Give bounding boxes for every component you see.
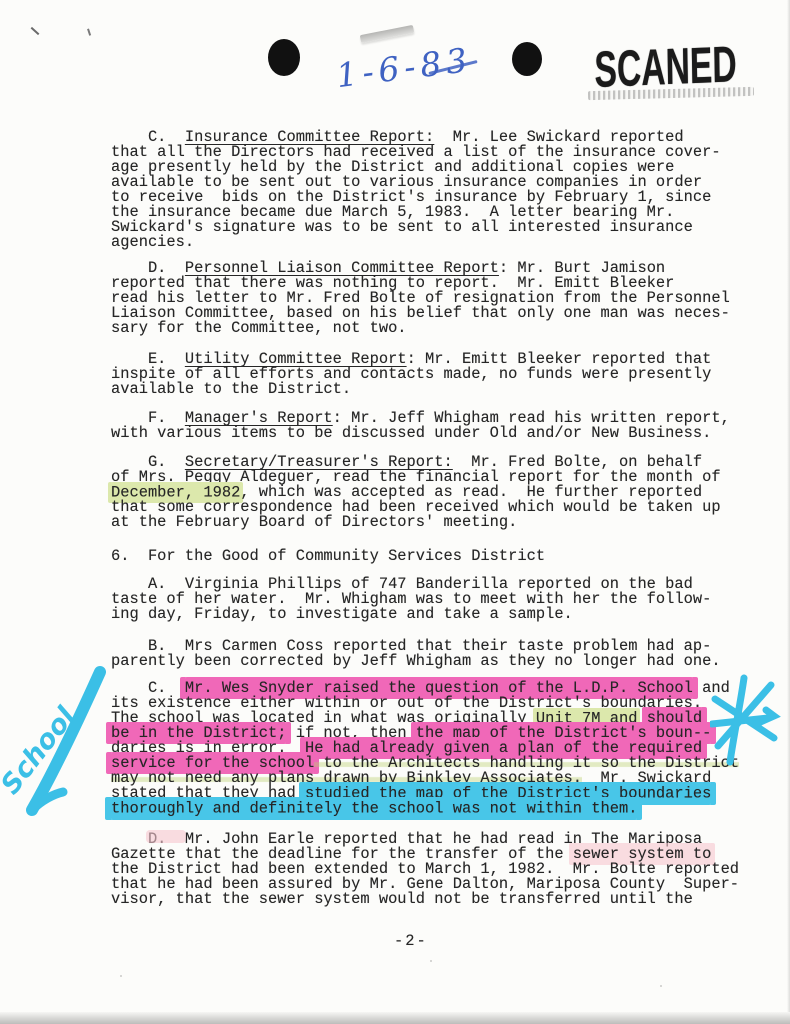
asterisk-annotation	[710, 672, 790, 772]
scan-speck	[120, 975, 122, 977]
text-line: at the February Board of Directors' meet…	[111, 515, 771, 530]
paragraph: F. Manager's Report: Mr. Jeff Whigham re…	[111, 411, 771, 441]
paragraph: D. Mr. John Earle reported that he had r…	[111, 832, 771, 907]
paragraph: B. Mrs Carmen Coss reported that their t…	[111, 639, 771, 669]
text-line: available to the District.	[111, 382, 771, 397]
text-line: ing day, Friday, to investigate and take…	[111, 607, 771, 622]
hole-punch-right	[512, 42, 542, 76]
paragraph: C. Insurance Committee Report: Mr. Lee S…	[111, 130, 771, 250]
paragraph: A. Virginia Phillips of 747 Banderilla r…	[111, 577, 771, 622]
text-line: parently been corrected by Jeff Whigham …	[111, 654, 771, 669]
text-line: sary for the Committee, not two.	[111, 321, 771, 336]
page-number: -2-	[394, 932, 428, 950]
pen-scribble	[31, 27, 40, 35]
staple-mark	[360, 25, 415, 43]
scanned-page: 1-6-83 SCANED C. Insurance Committee Rep…	[0, 0, 790, 1024]
highlight-smudge	[146, 830, 186, 843]
text-line: visor, that the sewer system would not b…	[111, 892, 771, 907]
paragraph: 6. For the Good of Community Services Di…	[111, 549, 771, 564]
text-line: 6. For the Good of Community Services Di…	[111, 549, 771, 564]
text-line: agencies.	[111, 235, 771, 250]
margin-note-school: School	[0, 664, 132, 822]
scan-speck	[430, 960, 432, 962]
paragraph: E. Utility Committee Report: Mr. Emitt B…	[111, 352, 771, 397]
paragraph: G. Secretary/Treasurer's Report: Mr. Fre…	[111, 455, 771, 530]
pen-scribble	[87, 27, 95, 36]
hole-punch-left	[268, 39, 300, 76]
text-line: Swickard's signature was to be sent to a…	[111, 220, 771, 235]
scan-speck	[660, 985, 662, 987]
paragraph: D. Personnel Liaison Committee Report: M…	[111, 261, 771, 336]
text-line: with various items to be discussed under…	[111, 426, 771, 441]
page-edge-bottom	[0, 1012, 790, 1024]
paragraph: C. Mr. Wes Snyder raised the question of…	[111, 681, 771, 816]
